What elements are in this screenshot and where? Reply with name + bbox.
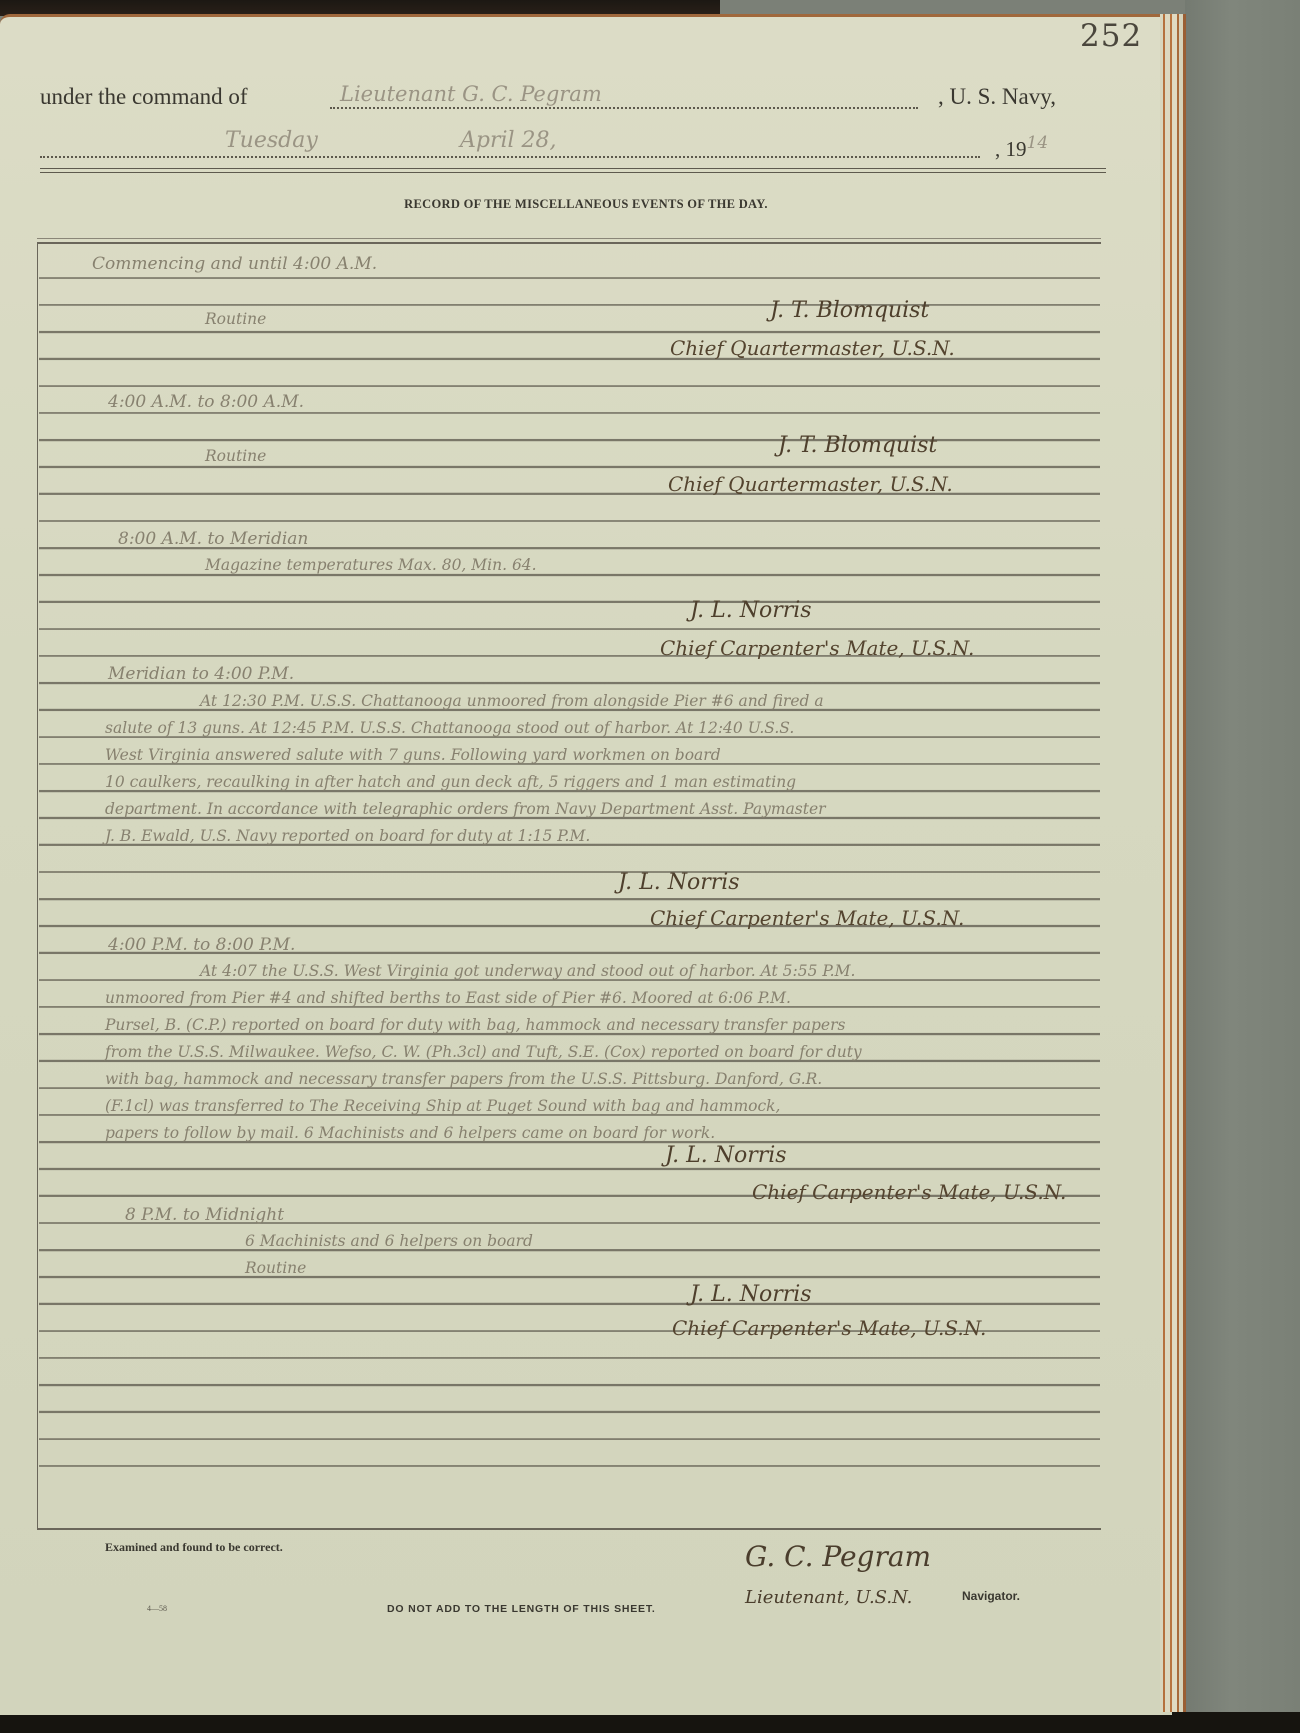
year-label: , 1914: [995, 133, 1048, 162]
signature-name: J. L. Norris: [618, 870, 740, 895]
entry-line: West Virginia answered salute with 7 gun…: [105, 746, 721, 764]
signature-name: J. L. Norris: [690, 598, 812, 623]
signature-name: J. T. Blomquist: [770, 298, 929, 323]
watch-heading: Commencing and until 4:00 A.M.: [92, 254, 377, 274]
form-number: 4—58: [147, 1604, 167, 1613]
length-warning: DO NOT ADD TO THE LENGTH OF THIS SHEET.: [387, 1603, 656, 1615]
page-number: 252: [1080, 18, 1142, 54]
entry-line: Routine: [245, 1259, 306, 1277]
watch-heading: 8 P.M. to Midnight: [125, 1205, 284, 1225]
box-top-rule: [37, 238, 1101, 239]
examined-statement: Examined and found to be correct.: [105, 1540, 283, 1555]
entry-line: unmoored from Pier #4 and shifted berths…: [105, 989, 791, 1007]
entry-line: Routine: [205, 310, 266, 328]
year-prefix: , 19: [995, 137, 1027, 161]
entry-line: Magazine temperatures Max. 80, Min. 64.: [205, 556, 537, 574]
entry-line: 10 caulkers, recaulking in after hatch a…: [105, 773, 796, 791]
navigator-signature: G. C. Pegram: [745, 1540, 931, 1573]
navy-label: , U. S. Navy,: [938, 84, 1056, 110]
signature-name: J. L. Norris: [690, 1282, 812, 1307]
navigator-label: Navigator.: [962, 1589, 1020, 1603]
background-surface: [1185, 0, 1300, 1712]
entry-line: salute of 13 guns. At 12:45 P.M. U.S.S. …: [105, 719, 794, 737]
page-stack-edges: [1160, 14, 1186, 1712]
entry-line: with bag, hammock and necessary transfer…: [105, 1070, 822, 1088]
signature-title: Chief Quartermaster, U.S.N.: [670, 336, 955, 360]
entry-line: department. In accordance with telegraph…: [105, 800, 826, 818]
watch-heading: 8:00 A.M. to Meridian: [118, 529, 308, 549]
date-underline: [40, 156, 980, 158]
navigator-rank: Lieutenant, U.S.N.: [745, 1587, 912, 1608]
entry-line: J. B. Ewald, U.S. Navy reported on board…: [105, 827, 590, 845]
watch-heading: Meridian to 4:00 P.M.: [108, 664, 294, 684]
year-suffix: 14: [1027, 133, 1049, 153]
signature-name: J. T. Blomquist: [778, 433, 937, 458]
commander-name: Lieutenant G. C. Pegram: [340, 82, 602, 106]
command-label: under the command of: [40, 84, 248, 110]
date: April 28,: [460, 128, 557, 153]
signature-title: Chief Quartermaster, U.S.N.: [668, 472, 953, 496]
entry-line: 6 Machinists and 6 helpers on board: [245, 1232, 533, 1250]
section-title: RECORD OF THE MISCELLANEOUS EVENTS OF TH…: [0, 197, 1172, 212]
watch-heading: 4:00 P.M. to 8:00 P.M.: [108, 935, 295, 955]
entry-line: At 12:30 P.M. U.S.S. Chattanooga unmoore…: [200, 692, 824, 710]
book-binding-bottom: [0, 1712, 1300, 1733]
entry-line: (F.1cl) was transferred to The Receiving…: [105, 1097, 780, 1115]
weekday: Tuesday: [225, 128, 318, 153]
entry-line: from the U.S.S. Milwaukee. Wefso, C. W. …: [105, 1043, 862, 1061]
header-double-rule-bottom: [40, 172, 1106, 173]
signature-title: Chief Carpenter's Mate, U.S.N.: [752, 1180, 1066, 1204]
header-double-rule-top: [40, 168, 1106, 169]
signature-title: Chief Carpenter's Mate, U.S.N.: [672, 1316, 986, 1340]
entry-line: At 4:07 the U.S.S. West Virginia got und…: [200, 962, 855, 980]
entry-line: Routine: [205, 447, 266, 465]
entry-line: papers to follow by mail. 6 Machinists a…: [105, 1124, 715, 1142]
signature-title: Chief Carpenter's Mate, U.S.N.: [650, 906, 964, 930]
signature-title: Chief Carpenter's Mate, U.S.N.: [660, 636, 974, 660]
commander-underline: [330, 107, 918, 109]
watch-heading: 4:00 A.M. to 8:00 A.M.: [108, 392, 304, 412]
signature-name: J. L. Norris: [665, 1143, 787, 1168]
entry-line: Pursel, B. (C.P.) reported on board for …: [105, 1016, 845, 1034]
